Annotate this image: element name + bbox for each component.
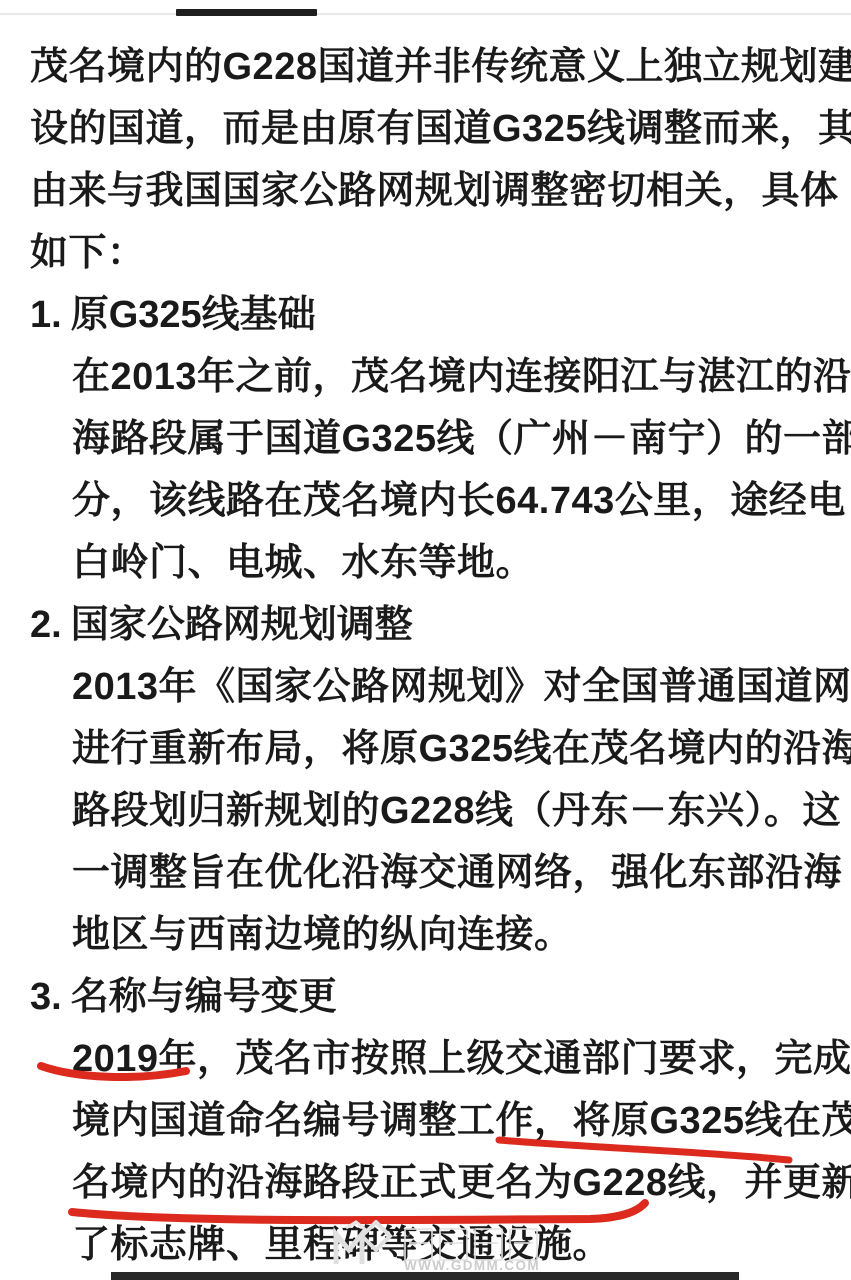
section-title: 国家公路网规划调整 [71, 594, 413, 656]
section-title: 原G325线基础 [71, 284, 316, 346]
article-body: 茂名境内的G228国道并非传统意义上独立规划建 设的国道，而是由原有国道G325… [0, 36, 851, 1276]
body-line: 路段划归新规划的G228线（丹东－东兴）。这 [30, 780, 833, 842]
body-line: 2013年《国家公路网规划》对全国普通国道网 [30, 656, 833, 718]
section-2-heading: 2. 国家公路网规划调整 [30, 594, 833, 656]
body-line: 海路段属于国道G325线（广州－南宁）的一部 [30, 408, 833, 470]
intro-line: 由来与我国国家公路网规划调整密切相关，具体 [30, 160, 833, 222]
watermark-glyph [509, 1228, 538, 1261]
watermark-url: WWW.GDMM.COM [404, 1258, 554, 1273]
top-hairline [0, 13, 851, 15]
section-number: 1. [30, 284, 62, 346]
watermark-glyph [404, 1228, 433, 1261]
top-divider-bar [176, 9, 317, 16]
intro-line: 设的国道，而是由原有国道G325线调整而来，其 [30, 98, 833, 160]
body-line: 在2013年之前，茂名境内连接阳江与湛江的沿 [30, 346, 833, 408]
intro-line: 茂名境内的G228国道并非传统意义上独立规划建 [30, 36, 833, 98]
watermark-glyph [439, 1228, 468, 1261]
watermark-glyph [474, 1228, 503, 1261]
section-number: 2. [30, 594, 62, 656]
body-line: 地区与西南边境的纵向连接。 [30, 904, 833, 966]
section-number: 3. [30, 966, 62, 1028]
watermark-glyphs [404, 1228, 538, 1261]
section-3-heading: 3. 名称与编号变更 [30, 966, 833, 1028]
section-1-heading: 1. 原G325线基础 [30, 284, 833, 346]
body-line: 一调整旨在优化沿海交通网络，强化东部沿海 [30, 842, 833, 904]
section-title: 名称与编号变更 [71, 966, 337, 1028]
body-line: 进行重新布局，将原G325线在茂名境内的沿海 [30, 718, 833, 780]
gdmm-logo-icon [332, 1220, 398, 1266]
body-line: 分，该线路在茂名境内长64.743公里，途经电 [30, 470, 833, 532]
body-line: 境内国道命名编号调整工作，将原G325线在茂 [30, 1090, 833, 1152]
body-line: 白岭门、电城、水东等地。 [30, 532, 833, 594]
body-line: 2019年，茂名市按照上级交通部门要求，完成 [30, 1028, 833, 1090]
bottom-divider-bar [111, 1272, 739, 1280]
body-line: 名境内的沿海路段正式更名为G228线，并更新 [30, 1152, 833, 1214]
watermark: WWW.GDMM.COM [330, 1220, 590, 1272]
intro-line: 如下： [30, 222, 833, 284]
